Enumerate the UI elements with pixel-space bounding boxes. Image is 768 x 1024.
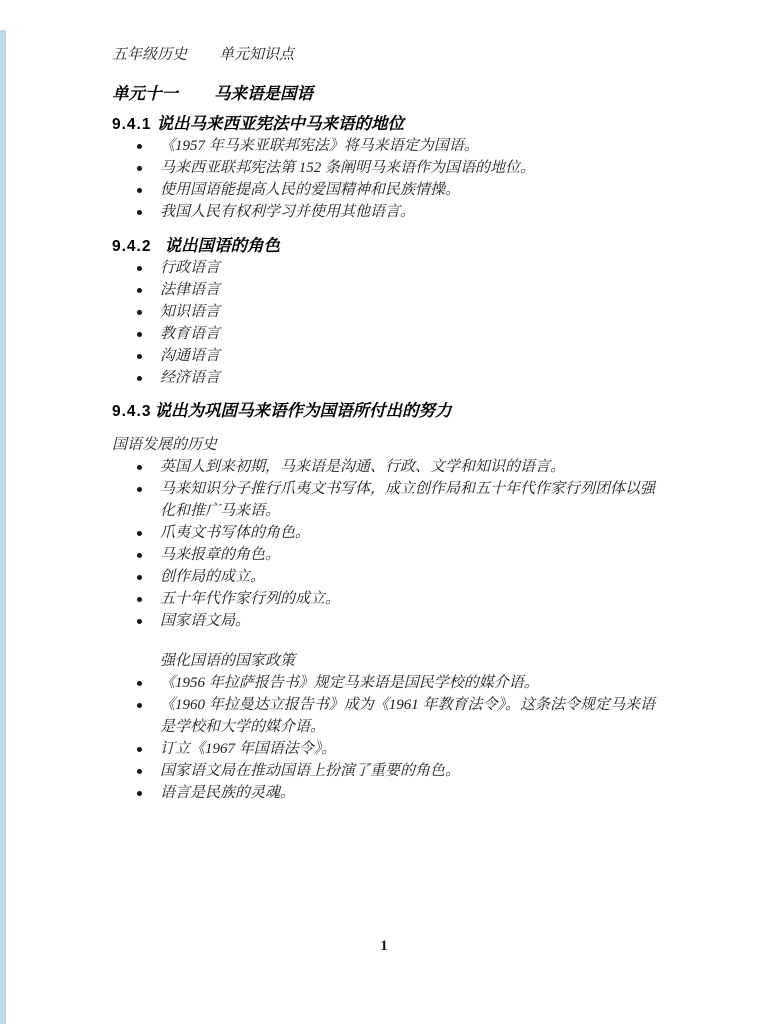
running-header: 五年级历史 单元知识点 xyxy=(112,0,660,64)
section-title: 说出马来西亚宪法中马来语的地位 xyxy=(156,114,404,134)
bullet-dot-icon xyxy=(137,188,142,193)
bullet-dot-icon xyxy=(137,166,142,171)
list-item-text: 法律语言 xyxy=(160,279,660,301)
list-item: 国家语文局在推动国语上扮演了重要的角色。 xyxy=(112,760,660,782)
list-item: 《1956 年拉萨报告书》规定马来语是国民学校的媒介语。 xyxy=(112,672,660,694)
list-item-text: 五十年代作家行列的成立。 xyxy=(160,588,660,610)
bullet-dot-icon xyxy=(137,681,142,686)
bullet-dot-icon xyxy=(137,288,142,293)
document-page: 五年级历史 单元知识点 单元十一 马来语是国语 9.4.1 说出马来西亚宪法中马… xyxy=(0,0,768,1024)
list-item-text: 订立《1967 年国语法令》。 xyxy=(160,738,660,760)
bullet-dot-icon xyxy=(137,575,142,580)
list-item-text: 经济语言 xyxy=(160,367,660,389)
subheading-history: 国语发展的历史 xyxy=(112,434,660,456)
section-heading-941: 9.4.1 说出马来西亚宪法中马来语的地位 xyxy=(112,114,660,135)
list-item-text: 国家语文局。 xyxy=(160,610,660,632)
page-left-edge-strip xyxy=(0,30,6,1024)
section-941-bullet-list: 《1957 年马来亚联邦宪法》将马来语定为国语。 马来西亚联邦宪法第 152 条… xyxy=(112,135,660,223)
bullet-dot-icon xyxy=(137,531,142,536)
bullet-dot-icon xyxy=(137,597,142,602)
list-item: 五十年代作家行列的成立。 xyxy=(112,588,660,610)
list-item: 订立《1967 年国语法令》。 xyxy=(112,738,660,760)
list-item: 行政语言 xyxy=(112,257,660,279)
list-item: 创作局的成立。 xyxy=(112,566,660,588)
section-942-bullet-list: 行政语言 法律语言 知识语言 教育语言 沟通语言 经济语言 xyxy=(112,257,660,389)
list-item-text: 马来西亚联邦宪法第 152 条阐明马来语作为国语的地位。 xyxy=(160,157,660,179)
list-item: 马来知识分子推行爪夷文书写体，成立创作局和五十年代作家行列团体以强化和推广马来语… xyxy=(112,478,660,522)
bullet-dot-icon xyxy=(137,332,142,337)
list-item-text: 我国人民有权利学习并使用其他语言。 xyxy=(160,201,660,223)
section-number: 9.4.2 xyxy=(112,237,151,257)
section-title: 说出为巩固马来语作为国语所付出的努力 xyxy=(154,401,451,421)
policy-bullet-list: 《1956 年拉萨报告书》规定马来语是国民学校的媒介语。 《1960 年拉曼达立… xyxy=(112,672,660,804)
list-item-text: 语言是民族的灵魂。 xyxy=(160,782,660,804)
bullet-dot-icon xyxy=(137,487,142,492)
section-heading-942: 9.4.2 说出国语的角色 xyxy=(112,236,660,257)
section-number: 9.4.3 xyxy=(112,402,151,422)
list-item-text: 教育语言 xyxy=(160,323,660,345)
list-item: 我国人民有权利学习并使用其他语言。 xyxy=(112,201,660,223)
list-item: 《1957 年马来亚联邦宪法》将马来语定为国语。 xyxy=(112,135,660,157)
list-item-text: 《1957 年马来亚联邦宪法》将马来语定为国语。 xyxy=(160,135,660,157)
list-item-text: 创作局的成立。 xyxy=(160,566,660,588)
list-item-text: 《1956 年拉萨报告书》规定马来语是国民学校的媒介语。 xyxy=(160,672,660,694)
header-subtitle-label: 单元知识点 xyxy=(219,46,294,64)
page-number: 1 xyxy=(0,938,768,955)
list-item: 《1960 年拉曼达立报告书》成为《1961 年教育法令》。这条法令规定马来语是… xyxy=(112,694,660,738)
bullet-dot-icon xyxy=(137,791,142,796)
list-item: 国家语文局。 xyxy=(112,610,660,632)
list-item: 语言是民族的灵魂。 xyxy=(112,782,660,804)
list-item: 沟通语言 xyxy=(112,345,660,367)
bullet-dot-icon xyxy=(137,310,142,315)
list-item-text: 行政语言 xyxy=(160,257,660,279)
list-item-text: 马来报章的角色。 xyxy=(160,544,660,566)
bullet-dot-icon xyxy=(137,769,142,774)
list-item-text: 英国人到来初期，马来语是沟通、行政、文学和知识的语言。 xyxy=(160,456,660,478)
list-item: 知识语言 xyxy=(112,301,660,323)
section-heading-943: 9.4.3 说出为巩固马来语作为国语所付出的努力 xyxy=(112,401,660,422)
bullet-dot-icon xyxy=(137,266,142,271)
bullet-dot-icon xyxy=(137,747,142,752)
list-item: 爪夷文书写体的角色。 xyxy=(112,522,660,544)
list-item: 使用国语能提高人民的爱国精神和民族情操。 xyxy=(112,179,660,201)
bullet-dot-icon xyxy=(137,553,142,558)
list-item: 马来西亚联邦宪法第 152 条阐明马来语作为国语的地位。 xyxy=(112,157,660,179)
section-number: 9.4.1 xyxy=(112,115,151,135)
list-item-text: 《1960 年拉曼达立报告书》成为《1961 年教育法令》。这条法令规定马来语是… xyxy=(160,694,660,738)
section-title: 说出国语的角色 xyxy=(164,236,280,256)
list-item-text: 爪夷文书写体的角色。 xyxy=(160,522,660,544)
bullet-dot-icon xyxy=(137,144,142,149)
history-bullet-list: 英国人到来初期，马来语是沟通、行政、文学和知识的语言。 马来知识分子推行爪夷文书… xyxy=(112,456,660,632)
list-item: 经济语言 xyxy=(112,367,660,389)
bullet-dot-icon xyxy=(137,376,142,381)
list-item: 马来报章的角色。 xyxy=(112,544,660,566)
unit-name: 马来语是国语 xyxy=(214,84,313,104)
subheading-policy: 强化国语的国家政策 xyxy=(160,650,660,672)
bullet-dot-icon xyxy=(137,619,142,624)
list-item: 教育语言 xyxy=(112,323,660,345)
bullet-dot-icon xyxy=(137,703,142,708)
bullet-dot-icon xyxy=(137,210,142,215)
list-item-text: 使用国语能提高人民的爱国精神和民族情操。 xyxy=(160,179,660,201)
bullet-dot-icon xyxy=(137,354,142,359)
unit-title: 单元十一 马来语是国语 xyxy=(112,84,660,104)
bullet-dot-icon xyxy=(137,465,142,470)
list-item-text: 马来知识分子推行爪夷文书写体，成立创作局和五十年代作家行列团体以强化和推广马来语… xyxy=(160,478,660,522)
page-content: 五年级历史 单元知识点 单元十一 马来语是国语 9.4.1 说出马来西亚宪法中马… xyxy=(112,0,660,804)
header-course-label: 五年级历史 xyxy=(112,46,187,64)
list-item-text: 知识语言 xyxy=(160,301,660,323)
list-item-text: 沟通语言 xyxy=(160,345,660,367)
list-item: 法律语言 xyxy=(112,279,660,301)
list-item-text: 国家语文局在推动国语上扮演了重要的角色。 xyxy=(160,760,660,782)
list-item: 英国人到来初期，马来语是沟通、行政、文学和知识的语言。 xyxy=(112,456,660,478)
unit-number: 单元十一 xyxy=(112,84,178,104)
